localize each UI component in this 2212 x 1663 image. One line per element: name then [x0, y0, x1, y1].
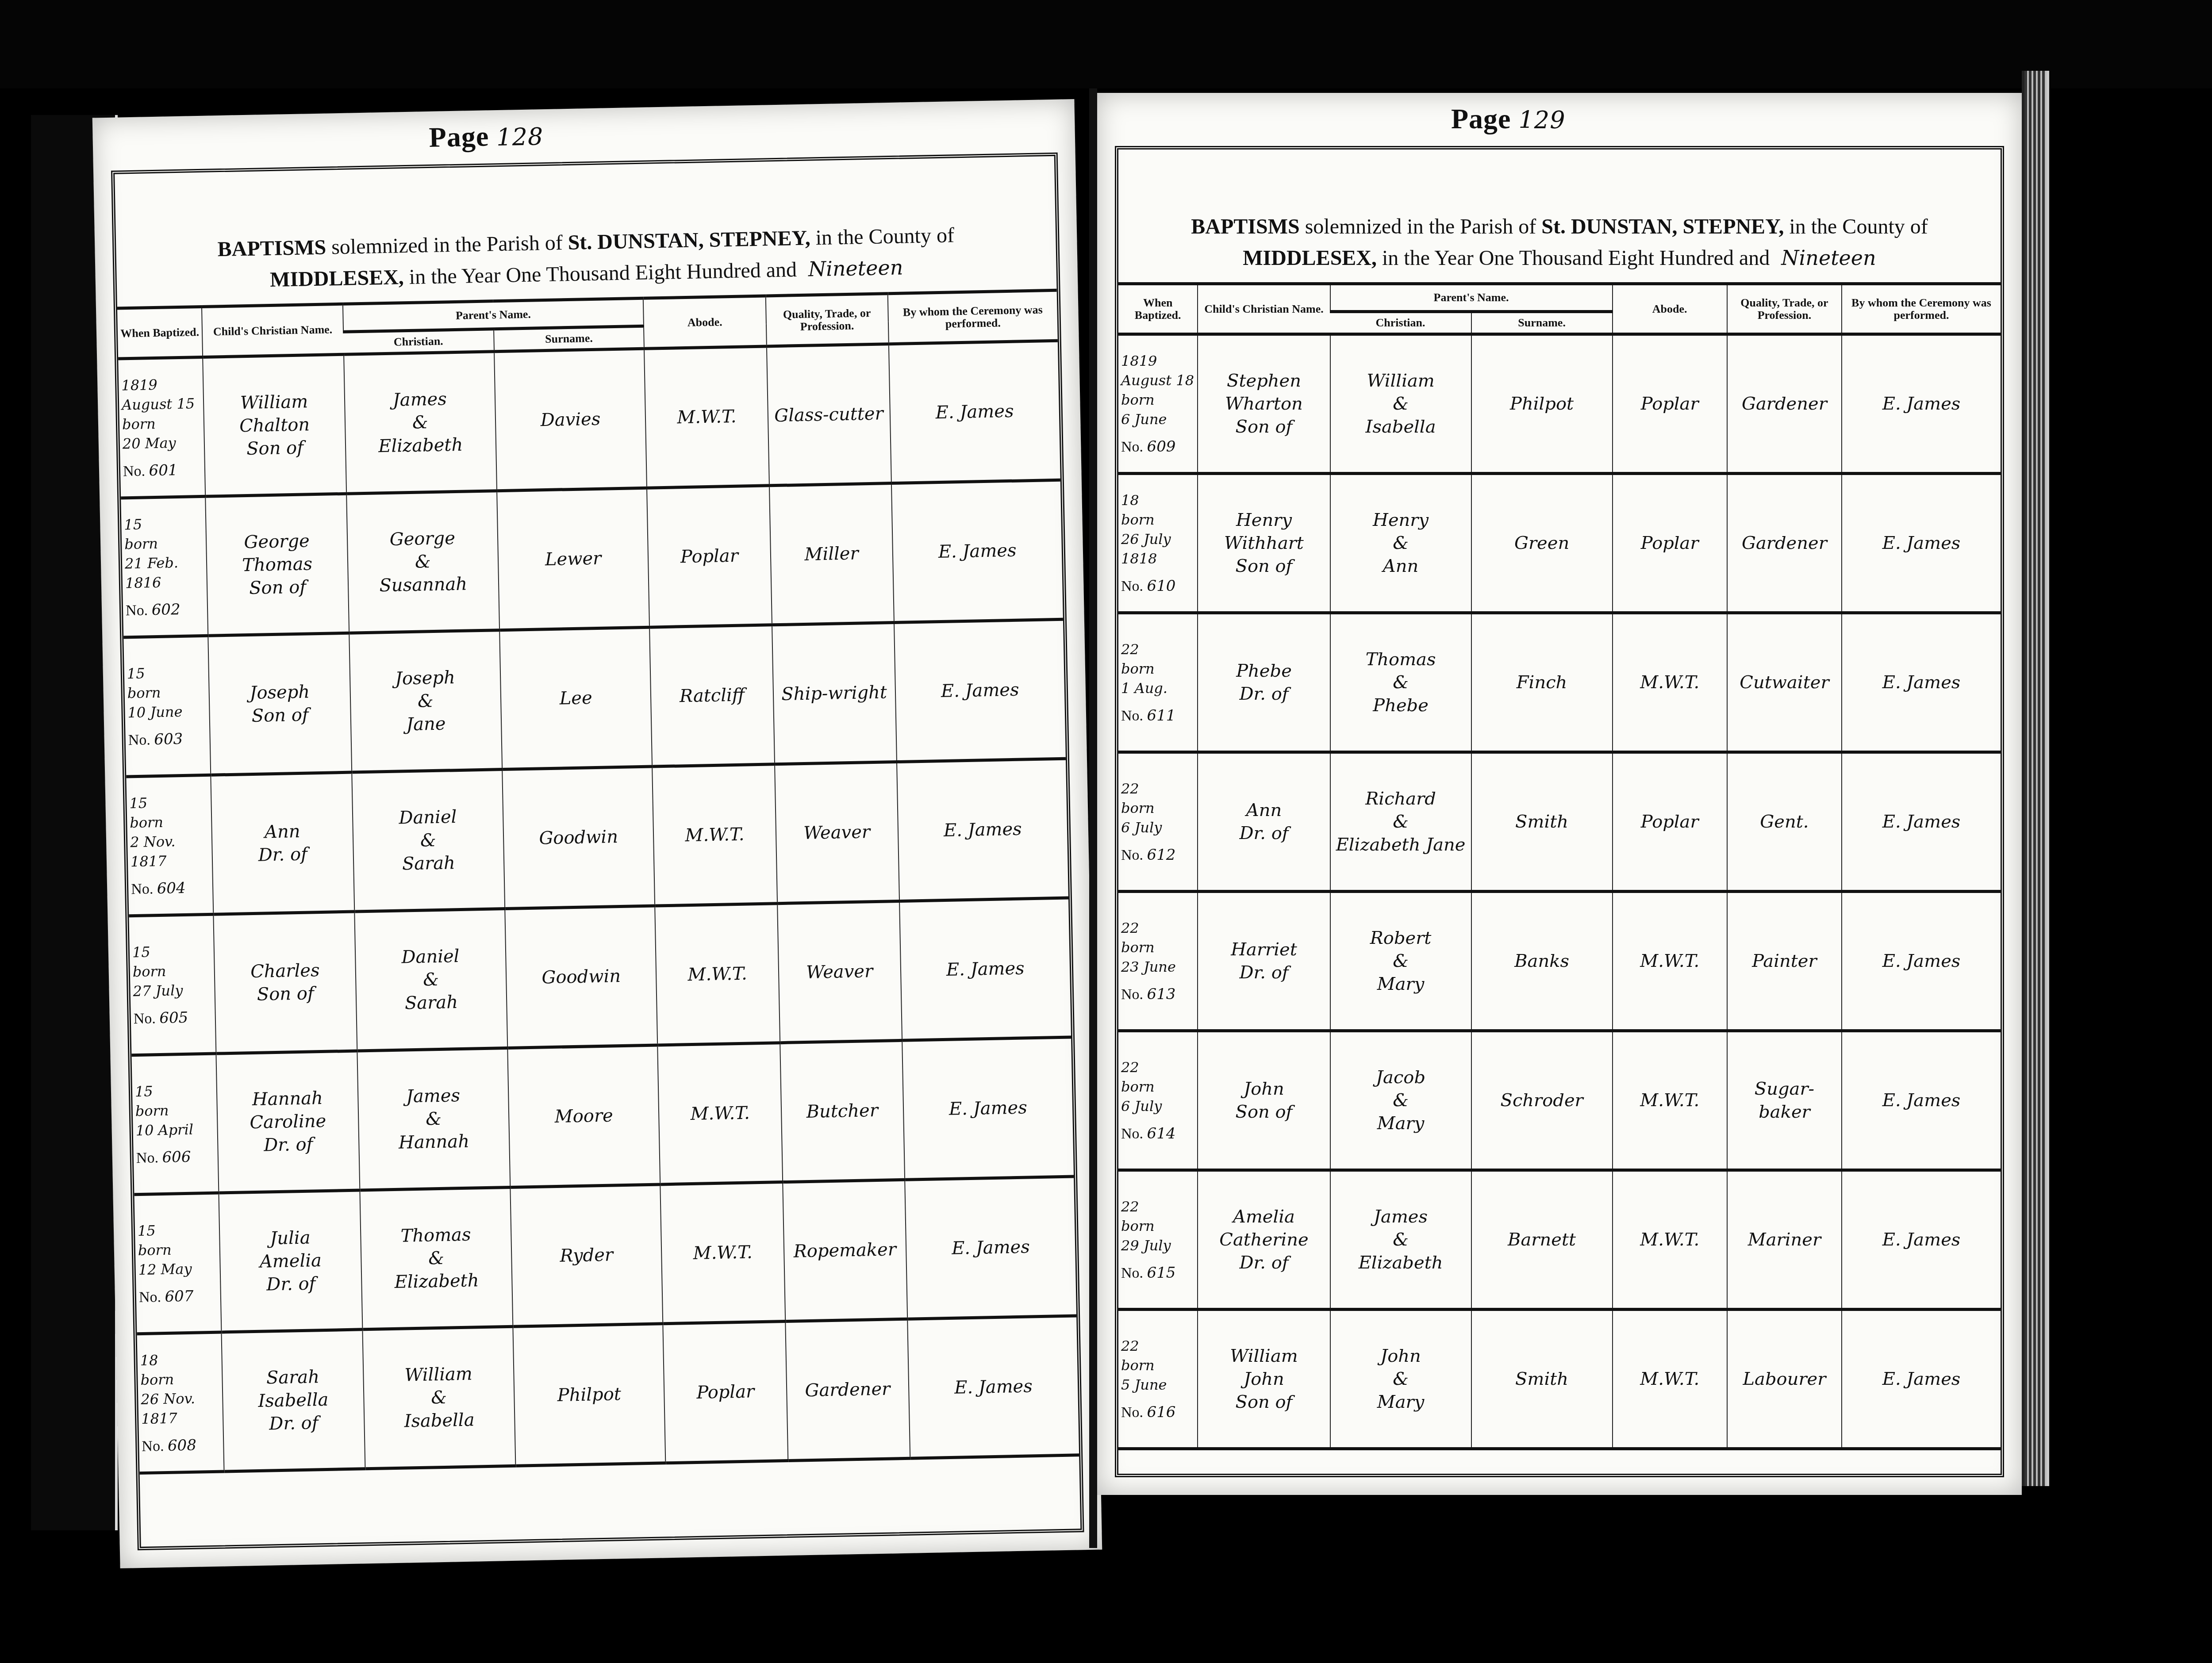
cell-parent-surname: Lewer [497, 488, 650, 630]
cell-parent-surname: Moore [507, 1045, 661, 1187]
parent-name-line: & [1333, 1368, 1468, 1391]
parent-name-line: & [353, 688, 498, 714]
col-when-baptized: When Baptized. [1118, 284, 1198, 334]
date-line: born [1121, 1216, 1194, 1236]
parent-name-line: Thomas [1333, 648, 1468, 671]
cell-parent-christian: James&Hannah [357, 1048, 510, 1190]
cell-trade: Gent. [1727, 752, 1842, 892]
cell-minister: E. James [1842, 334, 2001, 474]
cell-parent-christian: Thomas&Phebe [1330, 613, 1471, 752]
cell-parent-christian: Daniel&Sarah [352, 770, 505, 912]
date-line: 18 [1121, 490, 1194, 510]
cell-child-name: SarahIsabellaDr. of [222, 1330, 365, 1471]
parent-name-line: James [347, 387, 492, 412]
cell-child-name: WilliamChaltonSon of [203, 354, 346, 496]
col-by-whom: By whom the Ceremony was performed. [887, 290, 1057, 344]
table-body: 1819August 18born6 June No. 609 StephenW… [1118, 334, 2001, 1449]
cell-when-baptized: 1819August 15born20 May No. 601 [118, 357, 205, 498]
cell-trade: Labourer [1727, 1310, 1842, 1449]
date-line: 1817 [131, 850, 210, 871]
child-name-line: Dr. of [1201, 1251, 1327, 1274]
register-number: No. 615 [1121, 1263, 1194, 1283]
cell-abode: M.W.T. [1613, 892, 1727, 1031]
child-name-line: Dr. of [1201, 682, 1327, 705]
cell-trade: Mariner [1727, 1170, 1842, 1310]
date-line: August 18 [1121, 371, 1194, 390]
register-number-value: 609 [1147, 438, 1176, 456]
child-name-line: Chalton [207, 413, 342, 438]
cell-abode: M.W.T. [1613, 1031, 1727, 1170]
date-line: born [124, 533, 204, 553]
date-line: 1818 [1121, 549, 1194, 568]
cell-when-baptized: 18born26 July1818 No. 610 [1118, 474, 1198, 613]
parent-name-line: Daniel [356, 805, 500, 830]
cell-child-name: AmeliaCatherineDr. of [1198, 1170, 1330, 1310]
parent-name-line: Ann [1333, 555, 1468, 578]
cell-parent-christian: Thomas&Elizabeth [360, 1187, 513, 1329]
date-line: 22 [1121, 640, 1194, 659]
baptism-table: When Baptized. Child's Christian Name. P… [1118, 282, 2001, 1450]
register-number: No. 610 [1121, 576, 1194, 596]
cell-when-baptized: 22born1 Aug. No. 611 [1118, 613, 1198, 752]
baptism-table: When Baptized. Child's Christian Name. P… [117, 289, 1079, 1475]
cell-minister: E. James [1842, 1170, 2001, 1310]
cell-child-name: JuliaAmeliaDr. of [219, 1190, 363, 1332]
child-name-line: Sarah [225, 1365, 361, 1391]
child-name-line: Phebe [1201, 659, 1327, 682]
date-line: 1819 [1121, 351, 1194, 371]
register-page-left: Page 128 BAPTISMS solemnized in the Pari… [92, 99, 1102, 1568]
cell-minister: E. James [899, 898, 1071, 1040]
cell-when-baptized: 15born10 April No. 606 [131, 1054, 219, 1195]
register-number-label: No. [131, 881, 154, 897]
cell-when-baptized: 15born2 Nov.1817 No. 604 [126, 775, 213, 916]
cell-parent-surname: Schroder [1471, 1031, 1613, 1170]
date-line: 23 June [1121, 957, 1194, 977]
register-number-value: 610 [1147, 577, 1176, 595]
register-number: No. 611 [1121, 706, 1194, 726]
heading-text-3: in the Year One Thousand Eight Hundred a… [409, 258, 797, 289]
cell-child-name: CharlesSon of [213, 912, 357, 1054]
child-name-line: Julia [223, 1226, 358, 1251]
child-name-line: Son of [210, 575, 346, 601]
col-abode: Abode. [643, 296, 766, 349]
cell-when-baptized: 22born6 July No. 612 [1118, 752, 1198, 892]
parent-name-line: & [364, 1245, 509, 1271]
cell-child-name: PhebeDr. of [1198, 613, 1330, 752]
cell-abode: M.W.T. [1613, 1170, 1727, 1310]
cell-minister: E. James [905, 1176, 1076, 1319]
date-line: born [132, 960, 211, 981]
parent-name-line: Sarah [359, 990, 504, 1015]
parent-name-line: Isabella [1333, 415, 1468, 438]
date-line: 22 [1121, 1058, 1194, 1077]
parent-name-line: John [1333, 1345, 1468, 1368]
heading-text-1: solemnized in the Parish of [331, 231, 563, 259]
date-line: 10 April [135, 1119, 215, 1140]
table-row: 15born27 July No. 605 CharlesSon of Dani… [129, 898, 1071, 1055]
date-line: 6 July [1121, 818, 1194, 837]
child-name-line: William [1201, 1345, 1327, 1368]
cell-trade: Ropemaker [783, 1180, 907, 1321]
cell-parent-christian: George&Susannah [346, 491, 499, 633]
child-name-line: Amelia [1201, 1205, 1327, 1228]
register-number-label: No. [142, 1438, 164, 1455]
register-number-label: No. [133, 1010, 156, 1027]
child-name-line: John [1201, 1368, 1327, 1391]
page-number: Page 129 [1451, 103, 1566, 135]
child-name-line: Dr. of [226, 1410, 361, 1436]
cell-parent-surname: Lee [499, 627, 653, 769]
register-number-label: No. [1121, 578, 1143, 594]
parent-name-line: & [1333, 950, 1468, 973]
cell-child-name: AnnDr. of [211, 772, 354, 914]
heading-county: MIDDLESEX, [270, 265, 404, 291]
date-line: born [1121, 798, 1194, 818]
child-name-line: Catherine [1201, 1228, 1327, 1251]
child-name-line: Dr. of [221, 1132, 356, 1158]
date-line: 20 May [122, 433, 201, 453]
cell-trade: Painter [1727, 892, 1842, 1031]
heading-text-1: solemnized in the Parish of [1305, 215, 1536, 238]
table-row: 18born26 July1818 No. 610 HenryWithhartS… [1118, 474, 2001, 613]
cell-abode: M.W.T. [1613, 613, 1727, 752]
table-row: 15born10 April No. 606 HannahCarolineDr.… [131, 1037, 1074, 1195]
date-line: born [138, 1239, 217, 1260]
register-number-label: No. [1121, 708, 1143, 724]
register-number-value: 611 [1147, 707, 1176, 724]
cell-parent-surname: Goodwin [505, 906, 658, 1048]
register-number-value: 602 [151, 601, 180, 619]
child-name-line: Isabella [226, 1388, 361, 1414]
child-name-line: Henry [1201, 509, 1327, 532]
child-name-line: Withhart [1201, 532, 1327, 555]
child-name-line: Son of [1201, 415, 1327, 438]
cell-trade: Weaver [775, 762, 899, 903]
parent-name-line: Phebe [1333, 694, 1468, 717]
child-name-line: Son of [212, 703, 348, 728]
cell-child-name: AnnDr. of [1198, 752, 1330, 892]
child-name-line: Ann [215, 819, 350, 845]
cell-minister: E. James [907, 1316, 1079, 1458]
parish-heading: BAPTISMS solemnized in the Parish of St.… [1118, 149, 2001, 282]
parent-name-line: Mary [1333, 1391, 1468, 1414]
heading-parish: St. DUNSTAN, STEPNEY, [1541, 215, 1784, 238]
date-line: 6 June [1121, 410, 1194, 429]
cell-child-name: HenryWithhartSon of [1198, 474, 1330, 613]
cell-minister: E. James [1842, 752, 2001, 892]
register-number: No. 605 [133, 1007, 212, 1028]
cell-parent-surname: Philpot [513, 1324, 666, 1466]
register-number-label: No. [1121, 1126, 1143, 1142]
parent-name-line: Mary [1333, 973, 1468, 996]
heading-lead: BAPTISMS [217, 236, 326, 261]
parent-name-line: James [1333, 1205, 1468, 1228]
register-page-right: Page 129 BAPTISMS solemnized in the Pari… [1097, 93, 2022, 1495]
cell-abode: Poplar [1613, 474, 1727, 613]
date-line: born [127, 682, 206, 702]
parent-name-line: & [348, 410, 492, 435]
register-number: No. 603 [128, 728, 207, 750]
parent-name-line: & [350, 549, 495, 575]
col-abode: Abode. [1613, 284, 1727, 334]
col-parent-christian: Christian. [343, 329, 494, 355]
table-row: 15born10 June No. 603 JosephSon of Josep… [123, 619, 1066, 777]
table-row: 15born12 May No. 607 JuliaAmeliaDr. of T… [134, 1176, 1076, 1334]
child-name-line: Son of [207, 436, 343, 461]
cell-trade: Sugar-baker [1727, 1031, 1842, 1170]
table-row: 15born2 Nov.1817 No. 604 AnnDr. of Danie… [126, 759, 1068, 916]
register-number-value: 613 [1147, 985, 1176, 1003]
child-name-line: Ann [1201, 799, 1327, 822]
date-line: 26 Nov. [141, 1388, 220, 1409]
cell-parent-surname: Barnett [1471, 1170, 1613, 1310]
register-number-value: 604 [157, 879, 186, 897]
cell-abode: M.W.T. [661, 1182, 785, 1324]
col-parent-surname: Surname. [494, 326, 645, 352]
cell-abode: Poplar [1613, 752, 1727, 892]
date-line: 15 [129, 792, 208, 812]
register-frame: BAPTISMS solemnized in the Parish of St.… [111, 153, 1084, 1551]
child-name-line: Thomas [210, 552, 345, 578]
cell-trade: Glass-cutter [766, 344, 891, 486]
cell-minister: E. James [897, 759, 1068, 901]
date-line: 15 [124, 513, 203, 534]
child-name-line: Joseph [212, 680, 347, 705]
page-number-value: 129 [1519, 106, 1566, 134]
register-number-value: 616 [1147, 1403, 1176, 1421]
parent-name-line: Jacob [1333, 1066, 1468, 1089]
date-line: 5 June [1121, 1375, 1194, 1395]
date-line: 22 [1121, 1336, 1194, 1356]
col-trade: Quality, Trade, or Profession. [765, 294, 888, 346]
cell-child-name: StephenWhartonSon of [1198, 334, 1330, 474]
cell-when-baptized: 22born29 July No. 615 [1118, 1170, 1198, 1310]
cell-parent-surname: Ryder [510, 1184, 663, 1326]
cell-parent-christian: William&Isabella [1330, 334, 1471, 474]
register-number: No. 613 [1121, 985, 1194, 1004]
parent-name-line: Elizabeth Jane [1333, 833, 1468, 856]
date-line: 27 July [133, 980, 212, 1000]
cell-when-baptized: 15born21 Feb.1816 No. 602 [121, 496, 208, 637]
parent-name-line: & [359, 967, 503, 992]
cell-when-baptized: 22born23 June No. 613 [1118, 892, 1198, 1031]
date-line: 1817 [141, 1407, 220, 1428]
cell-trade: Gardener [1727, 334, 1842, 474]
register-number: No. 609 [1121, 437, 1194, 457]
date-line: born [135, 1100, 214, 1120]
register-number-label: No. [123, 463, 146, 479]
cell-parent-surname: Smith [1471, 752, 1613, 892]
heading-year: Nineteen [808, 255, 903, 281]
parent-name-line: Jane [353, 711, 498, 737]
date-line: 15 [138, 1219, 217, 1240]
table-row: 22born1 Aug. No. 611 PhebeDr. of Thomas&… [1118, 613, 2001, 752]
cell-trade: Miller [769, 483, 894, 625]
date-line: born [1121, 938, 1194, 957]
table-row: 15born21 Feb.1816 No. 602 GeorgeThomasSo… [121, 480, 1063, 637]
cell-minister: E. James [1842, 1310, 2001, 1449]
child-name-line: Dr. of [1201, 961, 1327, 984]
child-name-line: Dr. of [1201, 822, 1327, 845]
date-line: born [1121, 510, 1194, 529]
parent-name-line: Hannah [362, 1129, 507, 1155]
page-label: Page [429, 120, 489, 153]
parent-name-line: Daniel [358, 944, 503, 969]
parent-name-line: & [1333, 1089, 1468, 1112]
cell-child-name: WilliamJohnSon of [1198, 1310, 1330, 1449]
date-line: 15 [132, 941, 211, 962]
child-name-line: Wharton [1201, 392, 1327, 415]
date-line: 1819 [121, 374, 200, 395]
cell-abode: M.W.T. [644, 346, 769, 488]
register-number-label: No. [1121, 1265, 1143, 1281]
date-line: 12 May [138, 1258, 217, 1279]
date-line: 22 [1121, 918, 1194, 938]
page-stack-edge [2022, 71, 2049, 1486]
cell-when-baptized: 18born26 Nov.1817 No. 608 [137, 1332, 224, 1473]
cell-parent-surname: Philpot [1471, 334, 1613, 474]
register-number-value: 603 [154, 730, 183, 748]
cell-minister: E. James [891, 480, 1063, 622]
parent-name-line: & [1333, 1228, 1468, 1251]
cell-parent-surname: Finch [1471, 613, 1613, 752]
register-number: No. 607 [138, 1286, 218, 1307]
child-name-line: Stephen [1201, 369, 1327, 392]
child-name-line: George [209, 529, 345, 555]
register-number: No. 614 [1121, 1124, 1194, 1144]
date-line: born [1121, 1077, 1194, 1096]
cell-parent-surname: Banks [1471, 892, 1613, 1031]
parent-name-line: Isabella [367, 1408, 512, 1433]
col-when-baptized: When Baptized. [117, 307, 203, 359]
register-number-label: No. [1121, 847, 1143, 863]
register-number: No. 612 [1121, 845, 1194, 865]
cell-trade: Gardener [1727, 474, 1842, 613]
cell-minister: E. James [1842, 1031, 2001, 1170]
cell-parent-christian: Jacob&Mary [1330, 1031, 1471, 1170]
register-number-value: 614 [1147, 1125, 1176, 1142]
table-row: 22born23 June No. 613 HarrietDr. of Robe… [1118, 892, 2001, 1031]
register-number-label: No. [128, 732, 150, 748]
heading-parish: St. DUNSTAN, STEPNEY, [568, 226, 810, 255]
cell-child-name: HarrietDr. of [1198, 892, 1330, 1031]
cell-trade: Butcher [780, 1040, 905, 1182]
cell-when-baptized: 15born27 July No. 605 [129, 914, 216, 1055]
heading-text-2: in the County of [815, 223, 954, 249]
cell-when-baptized: 15born12 May No. 607 [134, 1193, 221, 1334]
child-name-line: Dr. of [223, 1272, 359, 1297]
heading-year: Nineteen [1781, 246, 1876, 270]
register-number-label: No. [1121, 986, 1143, 1003]
child-name-line: Amelia [223, 1249, 358, 1274]
parent-name-line: & [356, 828, 501, 853]
register-number-label: No. [1121, 439, 1143, 455]
cell-parent-surname: Davies [494, 349, 647, 490]
register-number-value: 605 [159, 1008, 188, 1027]
parent-name-line: Susannah [351, 572, 495, 598]
child-name-line: Harriet [1201, 938, 1327, 961]
child-name-line: Son of [1201, 1100, 1327, 1123]
child-name-line: Caroline [220, 1109, 356, 1135]
child-name-line: Son of [218, 981, 353, 1007]
table-row: 1819August 15born20 May No. 601 WilliamC… [118, 341, 1060, 498]
register-number-value: 606 [162, 1148, 191, 1166]
date-line: born [1121, 390, 1194, 410]
cell-abode: M.W.T. [653, 764, 777, 906]
parent-name-line: Elizabeth [365, 1268, 509, 1294]
table-row: 18born26 Nov.1817 No. 608 SarahIsabellaD… [137, 1316, 1079, 1473]
parent-name-line: Elizabeth [1333, 1251, 1468, 1274]
col-child-name: Child's Christian Name. [1198, 284, 1330, 334]
register-number-value: 601 [149, 461, 178, 479]
parent-name-line: George [350, 526, 495, 552]
parent-name-line: Joseph [353, 665, 497, 691]
cell-abode: Poplar [663, 1322, 788, 1463]
date-line: August 15 [122, 394, 201, 414]
date-line: 26 July [1121, 529, 1194, 549]
date-line: born [130, 811, 209, 832]
cell-abode: Ratcliff [649, 625, 774, 766]
cell-parent-christian: John&Mary [1330, 1310, 1471, 1449]
heading-county: MIDDLESEX, [1243, 246, 1377, 270]
parent-name-line: Sarah [357, 851, 501, 876]
table-row: 22born6 July No. 612 AnnDr. of Richard&E… [1118, 752, 2001, 892]
cell-minister: E. James [888, 341, 1060, 483]
cell-parent-christian: Richard&Elizabeth Jane [1330, 752, 1471, 892]
cell-when-baptized: 15born10 June No. 603 [123, 636, 211, 777]
cell-abode: Poplar [1613, 334, 1727, 474]
parent-name-line: & [1333, 810, 1468, 833]
child-name-line: John [1201, 1077, 1327, 1100]
parent-name-line: William [366, 1362, 511, 1387]
heading-text-3: in the Year One Thousand Eight Hundred a… [1382, 246, 1770, 270]
cell-child-name: GeorgeThomasSon of [205, 494, 349, 636]
page-number: Page 128 [429, 119, 544, 154]
cell-minister: E. James [902, 1037, 1074, 1180]
parent-name-line: & [367, 1385, 511, 1410]
col-trade: Quality, Trade, or Profession. [1727, 284, 1842, 334]
register-number-label: No. [136, 1150, 159, 1166]
cell-trade: Gardener [785, 1319, 910, 1460]
cell-when-baptized: 1819August 18born6 June No. 609 [1118, 334, 1198, 474]
register-number: No. 608 [142, 1435, 221, 1456]
cell-trade: Ship-wright [772, 623, 897, 764]
child-name-line: Dr. of [215, 842, 350, 868]
cell-parent-christian: Joseph&Jane [349, 630, 502, 772]
child-name-line: Son of [1201, 1391, 1327, 1414]
cell-trade: Weaver [777, 901, 902, 1042]
page-label: Page [1451, 103, 1511, 134]
register-number-label: No. [1121, 1404, 1143, 1421]
cell-abode: M.W.T. [655, 904, 780, 1045]
col-parent-christian: Christian. [1330, 312, 1471, 334]
date-line: 2 Nov. [130, 831, 209, 851]
table-row: 22born29 July No. 615 AmeliaCatherineDr.… [1118, 1170, 2001, 1310]
cell-when-baptized: 22born5 June No. 616 [1118, 1310, 1198, 1449]
cell-minister: E. James [1842, 892, 2001, 1031]
date-line: 22 [1121, 779, 1194, 798]
table-body: 1819August 15born20 May No. 601 WilliamC… [118, 341, 1079, 1473]
date-line: born [122, 413, 201, 434]
register-number-label: No. [139, 1289, 161, 1306]
date-line: born [1121, 659, 1194, 678]
register-number-value: 608 [168, 1436, 197, 1454]
heading-text-2: in the County of [1789, 215, 1928, 238]
date-line: 15 [135, 1080, 214, 1101]
cell-parent-christian: James&Elizabeth [344, 352, 497, 494]
table-row: 1819August 18born6 June No. 609 StephenW… [1118, 334, 2001, 474]
